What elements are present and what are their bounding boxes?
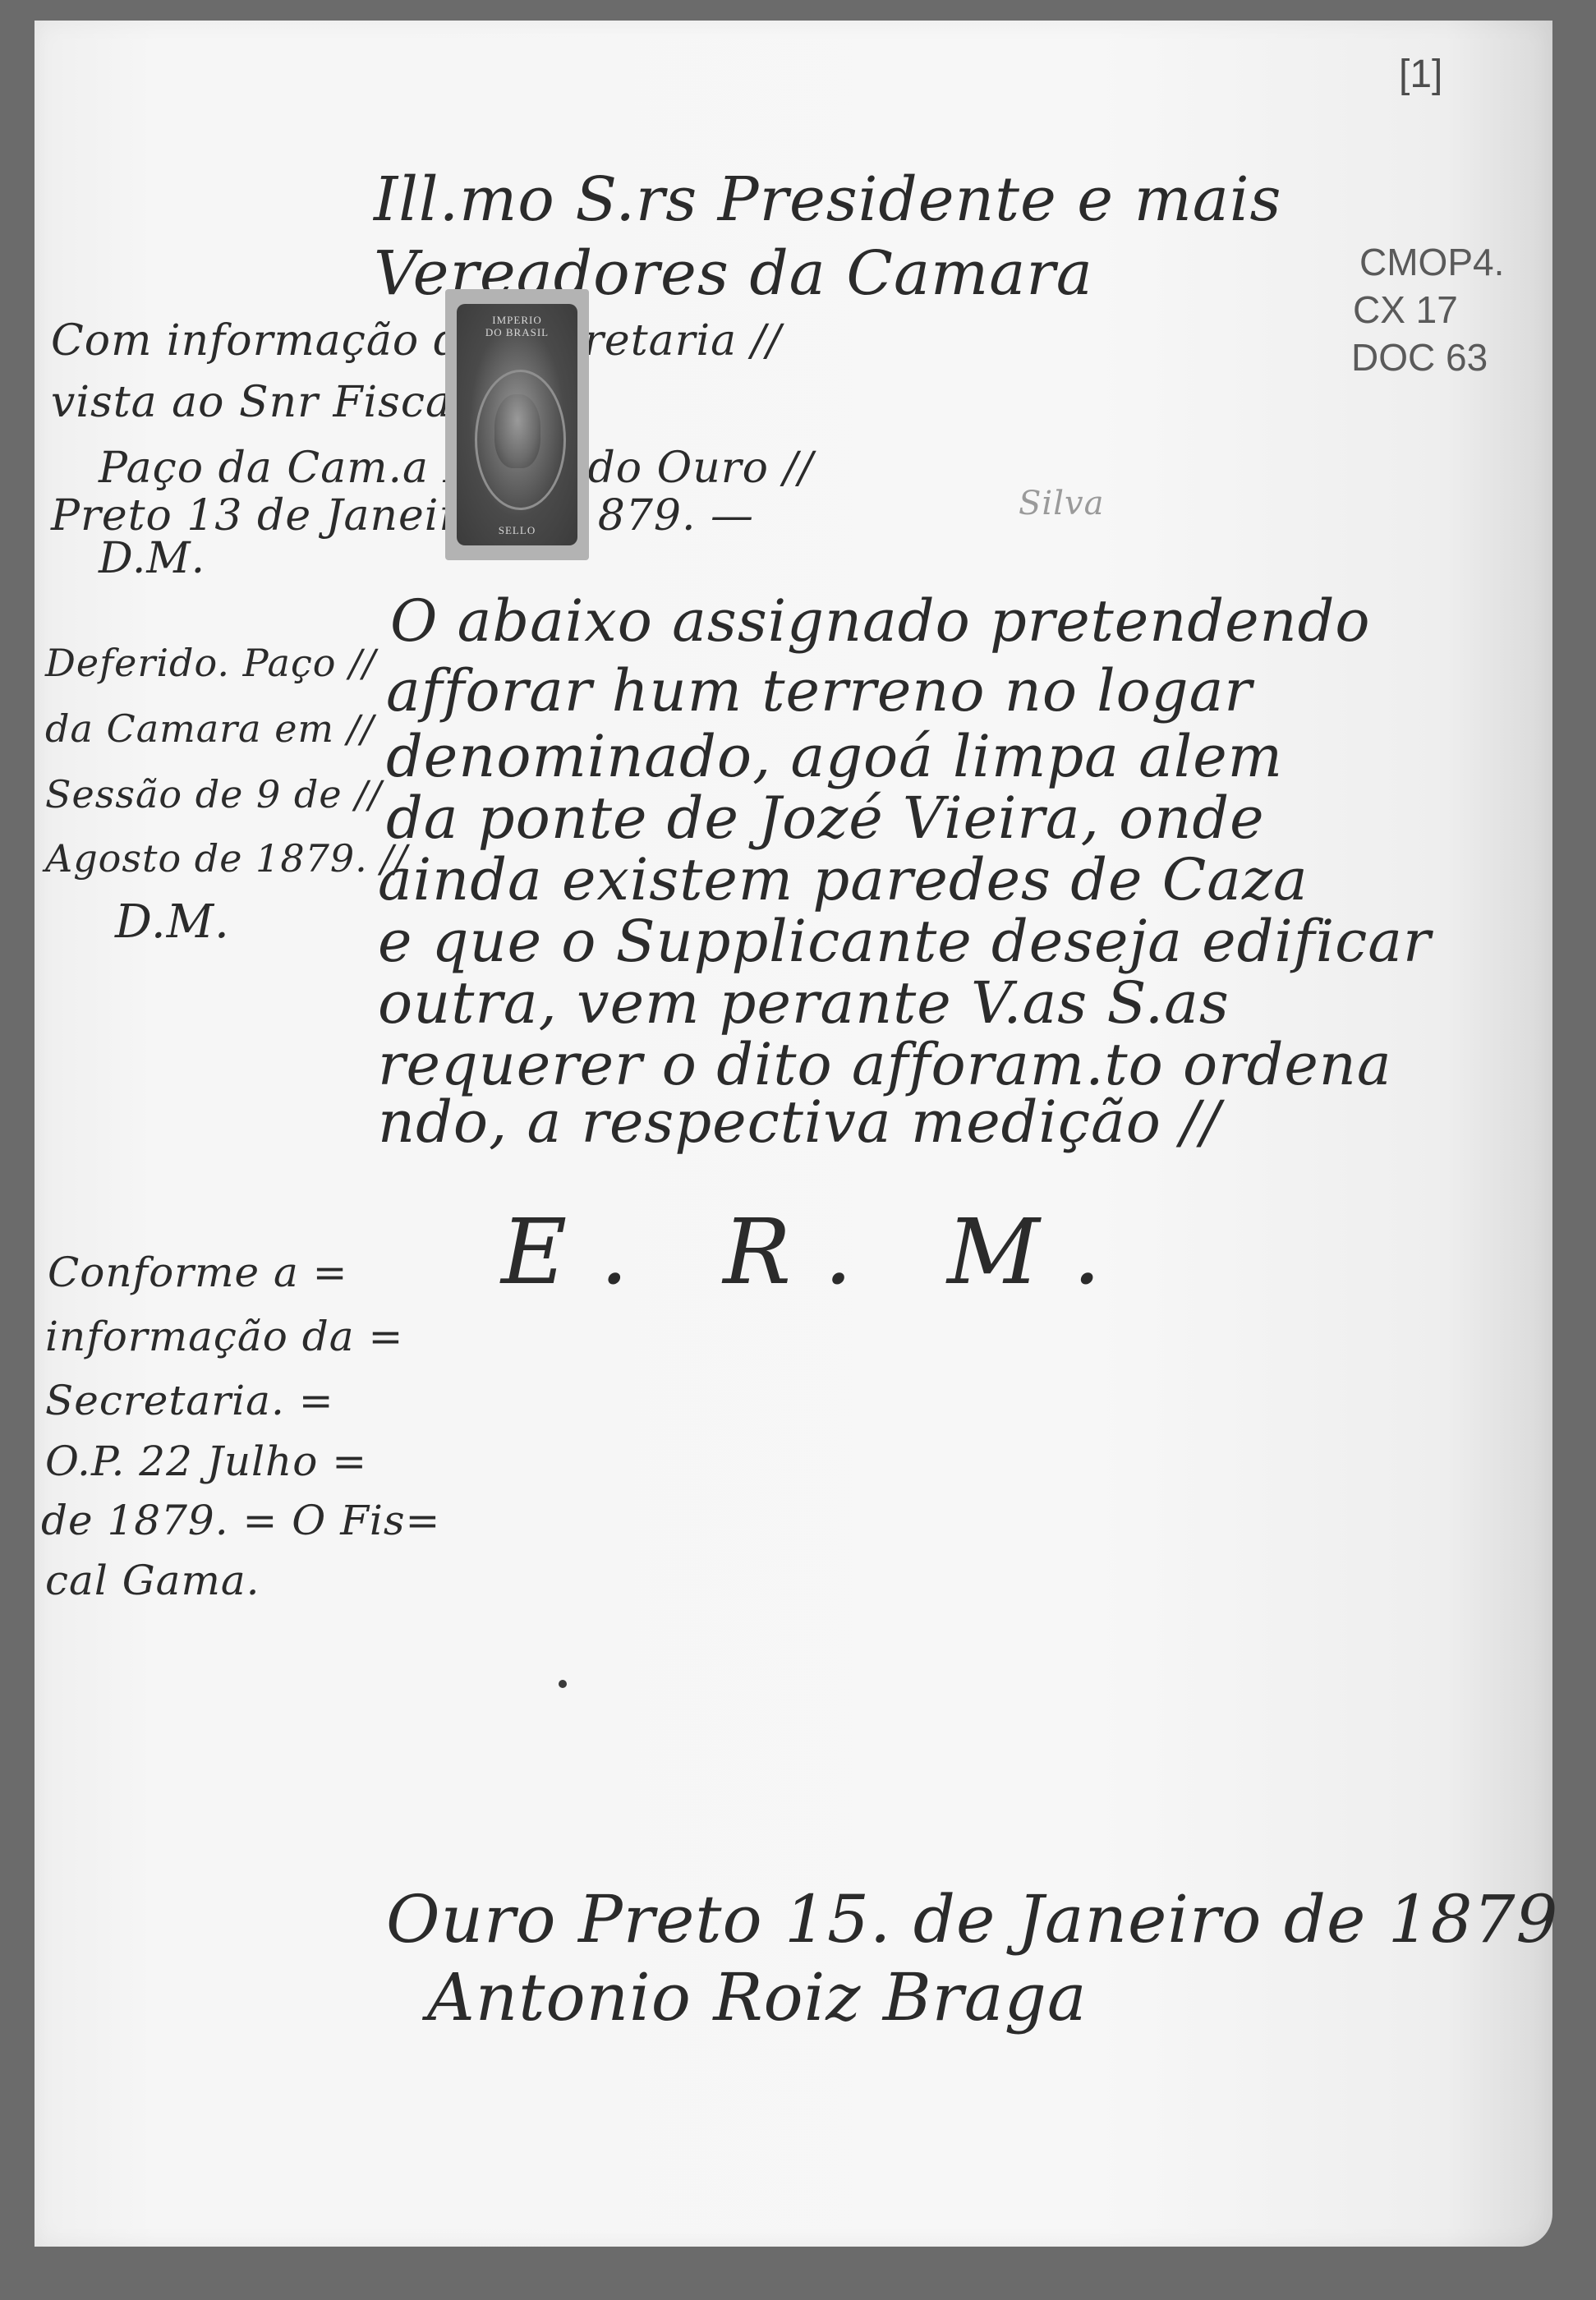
archive-ref-fund: CMOP4. (1359, 238, 1504, 286)
dispatch-signature: Silva (1019, 485, 1104, 522)
info-line-6: cal Gama. (45, 1557, 260, 1604)
stamp-bottom-text: SELLO (457, 524, 577, 537)
ink-dot (559, 1680, 567, 1688)
revenue-stamp: IMPERIO DO BRASIL SELLO (445, 289, 589, 560)
dispatch-line-1: Com informação da Secretaria // (51, 316, 782, 366)
body-line-4: da ponte de Jozé Vieira, onde (386, 784, 1265, 852)
decision-line-1: Deferido. Paço // (45, 641, 376, 685)
place-date: Ouro Preto 15. de Janeiro de 1879 (386, 1881, 1558, 1957)
dispatch-line-4: Preto 13 de Janeiro de 1879. — (51, 491, 754, 540)
body-line-1: O abaixo assignado pretendendo (390, 587, 1371, 655)
body-line-2: afforar hum terreno no logar (386, 657, 1253, 724)
decision-line-4: Agosto de 1879. // (45, 836, 407, 881)
document-scan: [1] CMOP4. CX 17 DOC 63 Ill.mo S.rs Pres… (0, 0, 1596, 2300)
stamp-engraving: IMPERIO DO BRASIL SELLO (457, 304, 577, 545)
info-line-2: informação da = (45, 1313, 403, 1360)
info-line-4: O.P. 22 Julho = (45, 1437, 367, 1485)
decision-line-5: D.M. (115, 895, 230, 949)
info-line-5: de 1879. = O Fis= (41, 1497, 440, 1544)
archive-ref-box: CX 17 (1353, 286, 1504, 333)
body-line-7: outra, vem perante V.as S.as (378, 969, 1230, 1037)
page-number: [1] (1399, 52, 1442, 97)
body-line-5: ainda existem paredes de Caza (378, 846, 1309, 913)
info-line-3: Secretaria. = (45, 1377, 334, 1424)
closing-formula: E. R. M. (501, 1199, 1134, 1304)
decision-line-3: Sessão de 9 de // (45, 772, 382, 816)
dispatch-line-5: D.M. (99, 534, 205, 583)
decision-line-2: da Camara em // (45, 706, 375, 751)
body-line-9: ndo, a respectiva medição // (378, 1088, 1221, 1156)
stamp-top-text: IMPERIO DO BRASIL (457, 314, 577, 338)
archive-ref-doc: DOC 63 (1351, 333, 1504, 381)
address-line-1: Ill.mo S.rs Presidente e mais (374, 164, 1282, 235)
archive-reference: CMOP4. CX 17 DOC 63 (1359, 238, 1504, 381)
petitioner-signature: Antonio Roiz Braga (427, 1959, 1088, 2035)
stamp-portrait (494, 394, 540, 468)
body-line-3: denominado, agoá limpa alem (386, 723, 1283, 790)
info-line-1: Conforme a = (48, 1249, 348, 1296)
body-line-6: e que o Supplicante deseja edificar (378, 908, 1432, 975)
